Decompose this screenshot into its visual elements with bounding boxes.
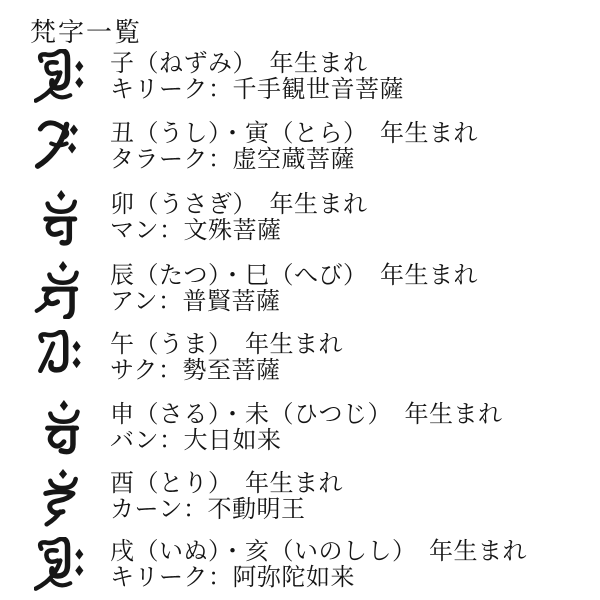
siddham-mam-icon (34, 190, 92, 248)
deity-line: マン：文殊菩薩 (110, 218, 368, 244)
row-text: 子（ねずみ） 年生まれ キリーク：千手観世音菩薩 (110, 51, 404, 103)
row-text: 酉（とり） 年生まれ カーン：不動明王 (110, 471, 343, 523)
siddham-vam-icon (34, 400, 92, 458)
siddham-hrih-icon (34, 537, 92, 595)
bonji-row-dragon-snake: 辰（たつ）・巳（へび） 年生まれ アン：普賢菩薩 (34, 263, 594, 323)
deity-line: キリーク：阿弥陀如来 (110, 565, 527, 591)
siddham-sah-icon (34, 330, 92, 388)
deity-line: バン：大日如来 (110, 428, 503, 454)
bonji-row-horse: 午（うま） 年生まれ サク：勢至菩薩 (34, 332, 594, 392)
bonji-row-rabbit: 卯（うさぎ） 年生まれ マン：文殊菩薩 (34, 192, 594, 252)
siddham-ham-icon (34, 469, 92, 527)
zodiac-line: 卯（うさぎ） 年生まれ (110, 192, 368, 218)
row-text: 丑（うし）・寅（とら） 年生まれ タラーク：虚空蔵菩薩 (110, 121, 478, 173)
deity-line: タラーク：虚空蔵菩薩 (110, 147, 478, 173)
bonji-row-ox-tiger: 丑（うし）・寅（とら） 年生まれ タラーク：虚空蔵菩薩 (34, 121, 594, 181)
page-title: 梵字一覧 (30, 12, 142, 49)
zodiac-line: 酉（とり） 年生まれ (110, 471, 343, 497)
bonji-row-dog-boar: 戌（いぬ）・亥（いのしし） 年生まれ キリーク：阿弥陀如来 (34, 539, 594, 599)
deity-line: キリーク：千手観世音菩薩 (110, 77, 404, 103)
siddham-am-icon (34, 261, 92, 319)
bonji-row-monkey-sheep: 申（さる）・未（ひつじ） 年生まれ バン：大日如来 (34, 402, 594, 462)
row-text: 辰（たつ）・巳（へび） 年生まれ アン：普賢菩薩 (110, 263, 478, 315)
zodiac-line: 辰（たつ）・巳（へび） 年生まれ (110, 263, 478, 289)
row-text: 卯（うさぎ） 年生まれ マン：文殊菩薩 (110, 192, 368, 244)
bonji-row-rooster: 酉（とり） 年生まれ カーン：不動明王 (34, 471, 594, 531)
row-text: 午（うま） 年生まれ サク：勢至菩薩 (110, 332, 343, 384)
zodiac-line: 午（うま） 年生まれ (110, 332, 343, 358)
siddham-trah-icon (34, 119, 92, 177)
bonji-row-rat: 子（ねずみ） 年生まれ キリーク：千手観世音菩薩 (34, 51, 594, 111)
row-text: 戌（いぬ）・亥（いのしし） 年生まれ キリーク：阿弥陀如来 (110, 539, 527, 591)
deity-line: アン：普賢菩薩 (110, 289, 478, 315)
siddham-hrih-icon (34, 49, 92, 107)
zodiac-line: 丑（うし）・寅（とら） 年生まれ (110, 121, 478, 147)
zodiac-line: 子（ねずみ） 年生まれ (110, 51, 404, 77)
deity-line: サク：勢至菩薩 (110, 358, 343, 384)
row-text: 申（さる）・未（ひつじ） 年生まれ バン：大日如来 (110, 402, 503, 454)
deity-line: カーン：不動明王 (110, 497, 343, 523)
zodiac-line: 戌（いぬ）・亥（いのしし） 年生まれ (110, 539, 527, 565)
zodiac-line: 申（さる）・未（ひつじ） 年生まれ (110, 402, 503, 428)
